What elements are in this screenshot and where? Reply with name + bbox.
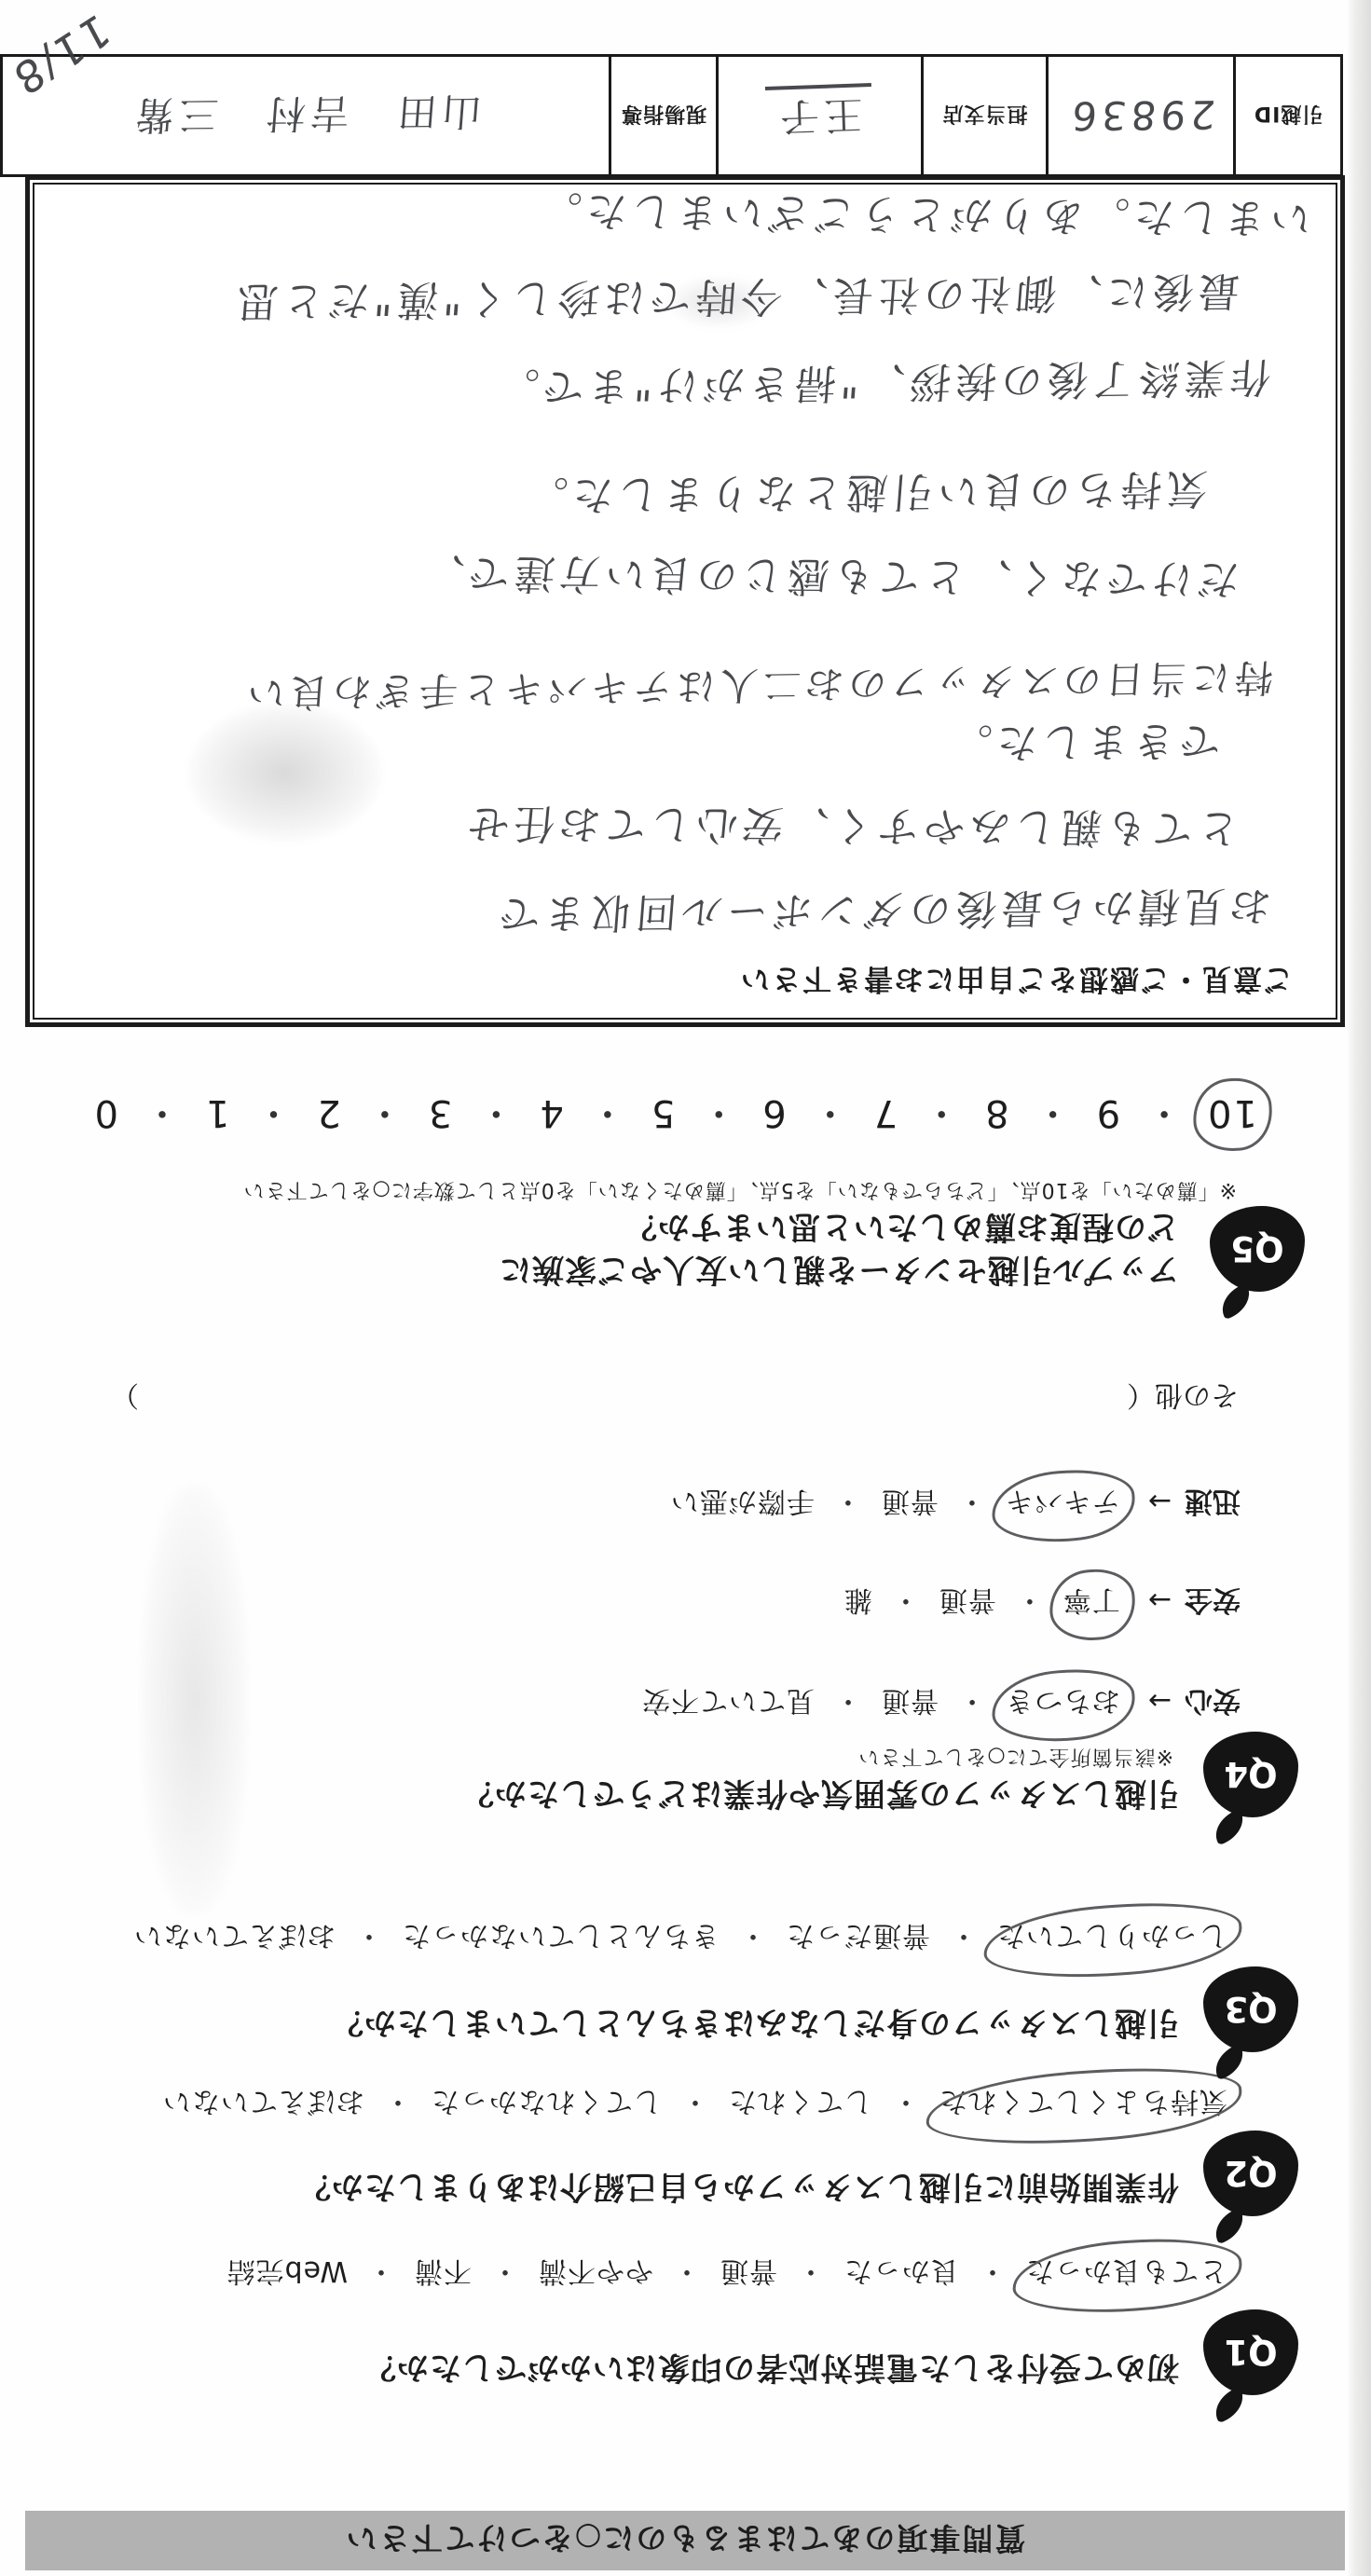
option[interactable]: 7 — [869, 1089, 901, 1136]
option[interactable]: 見ていて不安 — [638, 1681, 818, 1726]
option[interactable]: 3 — [423, 1089, 456, 1136]
option-separator: ・ — [957, 1684, 986, 1717]
option-separator: ・ — [949, 1919, 978, 1952]
survey-paper-rotated-180: 質問事項のあてはまるものに○をつけて下さい Q1 初めて受付をした電話対応者の印… — [0, 0, 1371, 2576]
q4-row-anzen-category: 安全 — [1185, 1583, 1241, 1616]
arrow-right-icon: → — [1148, 1583, 1172, 1616]
branch-value: 王子 — [717, 56, 922, 176]
option-separator: ・ — [1144, 1091, 1183, 1134]
option-circled[interactable]: 10 — [1202, 1089, 1261, 1136]
q4-row-anshin-category: 安心 — [1185, 1684, 1241, 1717]
q4-other-row[interactable]: その他（） — [111, 1377, 1239, 1418]
option[interactable]: 普通 — [877, 1482, 942, 1527]
option-separator: ・ — [891, 2085, 920, 2117]
handwritten-comment-line: だけでなく、とても感じの良い方達で、 — [416, 546, 1241, 613]
option-circled[interactable]: 丁寧 — [1059, 1581, 1124, 1625]
option[interactable]: きちんとしていなかった — [398, 1916, 723, 1961]
q1-question-text: 初めて受付をした電話対応者の印象はいかがでしたか？ — [363, 2348, 1179, 2393]
q4-badge-apple-icon: Q4 — [1201, 1730, 1298, 1842]
q4-other-paren-close: ） — [111, 1378, 139, 1411]
q2-question-text: 作業開始前に引越しスタッフから自己紹介はありましたか？ — [298, 2167, 1179, 2213]
q4-row-anzen: 安全→丁寧・普通・雑 — [840, 1581, 1241, 1625]
option-circled[interactable]: とても良かった — [1021, 2252, 1231, 2296]
handwritten-comment-line: いました。ありがとうございました。 — [532, 185, 1313, 253]
comment-box-header: ご意見・ご感想をご自由にお書き下さい — [739, 961, 1293, 1003]
q5-question-line2: どの程度お薦めしたいと思いますか？ — [624, 1207, 1179, 1253]
option-separator: ・ — [680, 2085, 709, 2117]
option-separator: ・ — [366, 2254, 395, 2287]
option[interactable]: 9 — [1091, 1089, 1124, 1136]
handwritten-comment-line: とても親しみやすく、安心してお任せ — [460, 797, 1241, 862]
q5-nps-scale: 10・9・8・7・6・5・4・3・2・1・0 — [89, 1089, 1261, 1143]
moving-id-label: 引越ID — [1235, 56, 1342, 176]
instruction-bar: 質問事項のあてはまるものに○をつけて下さい — [25, 2511, 1345, 2570]
q4-row-anshin: 安心→おちつき・普通・見ていて不安 — [638, 1681, 1241, 1726]
handwritten-comment-line: 作業終了後の挨拶、"掃きがけ"まで。 — [491, 350, 1273, 421]
option-separator: ・ — [672, 2254, 701, 2287]
arrow-right-icon: → — [1148, 1684, 1172, 1717]
option[interactable]: 良かった — [840, 2252, 963, 2296]
q4-row-jinsoku-options: テキパキ・普通・手際が悪い — [666, 1485, 1124, 1517]
option-separator: ・ — [921, 1091, 960, 1134]
option-separator: ・ — [1033, 1091, 1072, 1134]
option[interactable]: 8 — [980, 1089, 1012, 1136]
moving-id-value: 29836 — [1048, 56, 1235, 176]
q5-note: ※「薦めたい」を10点、「どちらでもない」を5点、「薦めたくない」を0点として数… — [243, 1177, 1237, 1206]
q4-badge-label: Q4 — [1224, 1755, 1277, 1795]
handwritten-comment-line: できました。 — [943, 714, 1222, 776]
option[interactable]: 普通 — [935, 1581, 1000, 1625]
q3-question-text: 引越しスタッフの身だしなみはきちんとしていましたか？ — [331, 2003, 1179, 2048]
q4-row-anzen-options: 丁寧・普通・雑 — [840, 1583, 1124, 1616]
option[interactable]: 普通だった — [782, 1916, 934, 1961]
q3-badge-label: Q3 — [1224, 1990, 1277, 2030]
option[interactable]: 不満 — [410, 2252, 475, 2296]
scan-smudge — [663, 274, 775, 330]
q1-badge-label: Q1 — [1224, 2333, 1277, 2373]
q5-badge-apple-icon: Q5 — [1208, 1204, 1305, 1316]
option[interactable]: 普通 — [716, 2252, 781, 2296]
scan-smudge — [141, 1486, 248, 1914]
option[interactable]: 雑 — [840, 1581, 876, 1625]
scanned-survey-sheet: 質問事項のあてはまるものに○をつけて下さい Q1 初めて受付をした電話対応者の印… — [0, 0, 1371, 2576]
option-separator: ・ — [810, 1091, 849, 1134]
q3-options: しっかりしていた・普通だった・きちんとしていなかった・おぼえていない — [130, 1916, 1231, 1961]
option-separator: ・ — [587, 1091, 626, 1134]
option-separator: ・ — [490, 2254, 519, 2287]
instruction-bar-title: 質問事項のあてはまるものに○をつけて下さい — [345, 2519, 1026, 2563]
page-edge-shadow — [1347, 0, 1371, 2576]
footer-meta-table: 引越ID 29836 担当支店 王子 現場指導 山田 吉村 三觜 — [0, 54, 1343, 177]
q4-other-label: その他 — [1155, 1378, 1239, 1411]
option[interactable]: 5 — [646, 1089, 679, 1136]
q4-other-paren-open: （ — [1127, 1378, 1155, 1411]
table-row: 引越ID 29836 担当支店 王子 現場指導 山田 吉村 三觜 — [2, 56, 1342, 176]
option-separator: ・ — [738, 1919, 767, 1952]
option[interactable]: してくれた — [724, 2082, 876, 2127]
q2-badge-apple-icon: Q2 — [1201, 2129, 1298, 2240]
option[interactable]: 手際が悪い — [666, 1482, 818, 1527]
q4-note: ※該当箇所全てに○をして下さい — [857, 1744, 1173, 1773]
q4-question-text: 引越しスタッフの雰囲気や作業はどうでしたか？ — [461, 1774, 1179, 1819]
option-separator: ・ — [957, 1485, 986, 1517]
option-separator: ・ — [978, 2254, 1007, 2287]
option-separator: ・ — [1015, 1583, 1044, 1616]
option-separator: ・ — [364, 1091, 404, 1134]
branch-label: 担当支店 — [922, 56, 1048, 176]
option[interactable]: 4 — [534, 1089, 567, 1136]
option-separator: ・ — [475, 1091, 514, 1134]
option-separator: ・ — [253, 1091, 292, 1134]
option-separator: ・ — [833, 1485, 862, 1517]
option-circled[interactable]: テキパキ — [1001, 1482, 1124, 1527]
option-separator: ・ — [833, 1684, 862, 1717]
option[interactable]: Web完結 — [223, 2252, 351, 2296]
option[interactable]: してくれなかった — [427, 2082, 665, 2127]
site-leader-value: 山田 吉村 三觜 — [2, 56, 610, 176]
option[interactable]: おぼえていない — [158, 2082, 368, 2127]
option[interactable]: 6 — [757, 1089, 789, 1136]
option-separator: ・ — [698, 1091, 737, 1134]
q1-badge-apple-icon: Q1 — [1201, 2308, 1298, 2419]
q2-badge-label: Q2 — [1224, 2154, 1277, 2194]
q4-row-anshin-options: おちつき・普通・見ていて不安 — [638, 1684, 1124, 1717]
q5-question-line1: アップル引越センターを親しい友人やご家族に — [499, 1250, 1179, 1295]
option-circled[interactable]: 気持ちよくしてくれた — [935, 2082, 1231, 2127]
option[interactable]: おぼえていない — [130, 1916, 339, 1961]
option[interactable]: 普通 — [877, 1681, 942, 1726]
site-leader-label: 現場指導 — [610, 56, 718, 176]
q4-row-jinsoku: 迅速→テキパキ・普通・手際が悪い — [666, 1482, 1241, 1527]
handwritten-comment-line: お見積から最後のダンボール回収まで — [492, 880, 1273, 948]
q5-badge-label: Q5 — [1230, 1229, 1283, 1269]
arrow-right-icon: → — [1148, 1485, 1172, 1517]
option[interactable]: 0 — [89, 1089, 122, 1136]
option-circled[interactable]: おちつき — [1001, 1681, 1124, 1726]
option-separator: ・ — [891, 1583, 920, 1616]
handwritten-comment-line: 気持ちの良い引越となりました。 — [519, 462, 1210, 529]
option-separator: ・ — [796, 2254, 825, 2287]
option-separator: ・ — [142, 1091, 181, 1134]
option[interactable]: 1 — [200, 1089, 233, 1136]
option-separator: ・ — [354, 1919, 383, 1952]
option-circled[interactable]: しっかりしていた — [993, 1916, 1231, 1961]
option-separator: ・ — [383, 2085, 412, 2117]
scan-smudge — [187, 703, 383, 843]
option[interactable]: 2 — [311, 1089, 344, 1136]
option[interactable]: やや不満 — [534, 2252, 657, 2296]
q2-options: 気持ちよくしてくれた・してくれた・してくれなかった・おぼえていない — [158, 2082, 1231, 2127]
q1-options: とても良かった・良かった・普通・やや不満・不満・Web完結 — [223, 2252, 1231, 2296]
q4-row-jinsoku-category: 迅速 — [1185, 1485, 1241, 1517]
q3-badge-apple-icon: Q3 — [1201, 1965, 1298, 2076]
